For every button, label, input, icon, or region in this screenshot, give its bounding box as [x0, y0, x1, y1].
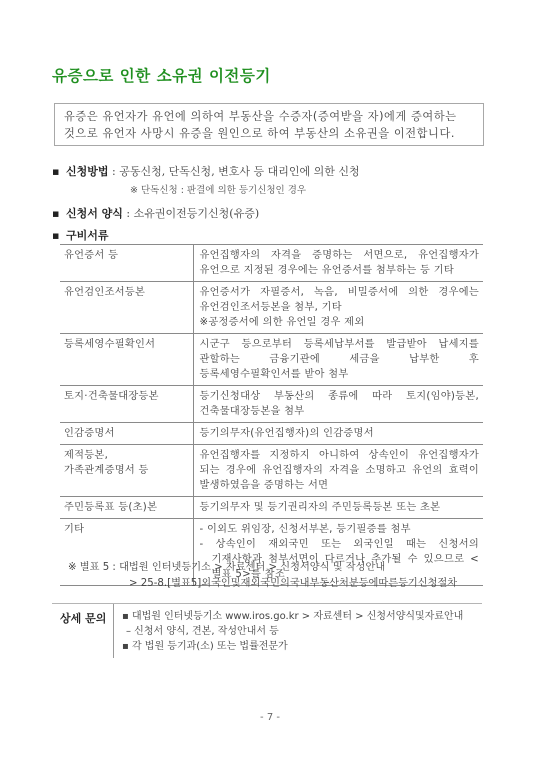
contact-section: 상세 문의 ▪ 대법원 인터넷등기소 www.iros.go.kr > 자료센터… [52, 603, 482, 658]
description-line: 등기의무자(유언집행자)의 인감증명서 [200, 426, 480, 441]
bullet-icon: ▪ [52, 207, 59, 220]
document-name-line: 등록세영수필확인서 [64, 337, 189, 352]
document-name: 등록세영수필확인서 [60, 334, 193, 386]
document-name-line: 주민등록표 등(초)본 [64, 500, 189, 515]
contact-line: – 신청서 양식, 견본, 작성안내서 등 [122, 624, 463, 639]
document-name-line: 제적등본, [64, 448, 189, 463]
document-description: 유언집행자를 지정하지 아니하여 상속인이 유언집행자가 되는 경우에 유언집행… [193, 445, 483, 497]
document-name: 제적등본,가족관계증명서 등 [60, 445, 193, 497]
description-line: 유언집행자의 자격을 증명하는 서면으로, 유언집행자가 유언으로 지정된 경우… [200, 248, 480, 278]
document-name: 토지·건축물대장등본 [60, 386, 193, 423]
document-description: 시군구 등으로부터 등록세납부서를 발급받아 납세지를 관할하는 금융기관에 세… [193, 334, 483, 386]
document-name: 유언검인조서등본 [60, 282, 193, 334]
table-row: 유언증서 등유언집행자의 자격을 증명하는 서면으로, 유언집행자가 유언으로 … [60, 245, 483, 282]
required-documents-table: 유언증서 등유언집행자의 자격을 증명하는 서면으로, 유언집행자가 유언으로 … [60, 244, 483, 586]
method-note: ※ 단독신청 : 판결에 의한 등기신청인 경우 [130, 182, 306, 196]
documents-item: ▪ 구비서류 [52, 227, 108, 243]
method-value: 공동신청, 단독신청, 변호사 등 대리인에 의한 신청 [119, 165, 360, 178]
reference-note-line2: > 25-8.[별표5]외국인및재외국민의국내부동산처분등에따른등기신청절차 [129, 574, 457, 589]
document-description: 유언집행자의 자격을 증명하는 서면으로, 유언집행자가 유언으로 지정된 경우… [193, 245, 483, 282]
description-line: 등기의무자 및 등기권리자의 주민등록등본 또는 초본 [200, 500, 480, 515]
contact-details: ▪ 대법원 인터넷등기소 www.iros.go.kr > 자료센터 > 신청서… [114, 604, 463, 658]
document-name: 유언증서 등 [60, 245, 193, 282]
document-name-line: 유언증서 등 [64, 248, 189, 263]
document-name-line: 인감증명서 [64, 426, 189, 441]
bullet-icon: ▪ [52, 229, 59, 242]
intro-box: 유증은 유언자가 유언에 의하여 부동산을 수증자(증여받을 자)에게 증여하는… [54, 103, 484, 146]
form-item: ▪ 신청서 양식 : 소유권이전등기신청(유증) [52, 205, 259, 221]
description-line: ※공정증서에 의한 유언일 경우 제외 [200, 315, 480, 330]
document-description: 등기의무자(유언집행자)의 인감증명서 [193, 423, 483, 445]
document-name-line: 가족관계증명서 등 [64, 463, 189, 478]
method-separator: : [108, 165, 119, 178]
description-line: - 이외도 위임장, 신청서부본, 등기필증를 첨부 [200, 522, 480, 537]
documents-label: 구비서류 [66, 229, 109, 242]
description-line: 유언증서가 자필증서, 녹음, 비밀증서에 의한 경우에는 유언검인조서등본을 … [200, 285, 480, 315]
document-name-line: 유언검인조서등본 [64, 285, 189, 300]
document-name-line: 기타 [64, 522, 189, 537]
form-value: 소유권이전등기신청(유증) [134, 207, 259, 220]
description-line: 유언집행자를 지정하지 아니하여 상속인이 유언집행자가 되는 경우에 유언집행… [200, 448, 480, 493]
form-separator: : [123, 207, 134, 220]
bullet-icon: ▪ [52, 165, 59, 178]
document-description: 등기신청대상 부동산의 종류에 따라 토지(임야)등본, 건축물대장등본을 첨부 [193, 386, 483, 423]
page-title: 유증으로 인한 소유권 이전등기 [52, 64, 271, 86]
contact-line: ▪ 대법원 인터넷등기소 www.iros.go.kr > 자료센터 > 신청서… [122, 609, 463, 624]
table-row: 유언검인조서등본유언증서가 자필증서, 녹음, 비밀증서에 의한 경우에는 유언… [60, 282, 483, 334]
document-description: 등기의무자 및 등기권리자의 주민등록등본 또는 초본 [193, 497, 483, 519]
table-row: 인감증명서등기의무자(유언집행자)의 인감증명서 [60, 423, 483, 445]
description-line: 시군구 등으로부터 등록세납부서를 발급받아 납세지를 관할하는 금융기관에 세… [200, 337, 480, 382]
table-row: 제적등본,가족관계증명서 등유언집행자를 지정하지 아니하여 상속인이 유언집행… [60, 445, 483, 497]
table-row: 토지·건축물대장등본등기신청대상 부동산의 종류에 따라 토지(임야)등본, 건… [60, 386, 483, 423]
contact-label: 상세 문의 [52, 604, 114, 658]
document-name: 주민등록표 등(초)본 [60, 497, 193, 519]
document-name-line: 토지·건축물대장등본 [64, 389, 189, 404]
contact-line: ▪ 각 법원 등기과(소) 또는 법률전문가 [122, 639, 463, 654]
reference-note-line1: ※ 별표 5 : 대법원 인터넷등기소 > 자료센터 > 신청서양식 및 작성안… [68, 558, 385, 573]
table-row: 등록세영수필확인서시군구 등으로부터 등록세납부서를 발급받아 납세지를 관할하… [60, 334, 483, 386]
method-label: 신청방법 [66, 165, 109, 178]
document-name: 인감증명서 [60, 423, 193, 445]
page-number: - 7 - [0, 712, 540, 723]
description-line: 등기신청대상 부동산의 종류에 따라 토지(임야)등본, 건축물대장등본을 첨부 [200, 389, 480, 419]
document-description: 유언증서가 자필증서, 녹음, 비밀증서에 의한 경우에는 유언검인조서등본을 … [193, 282, 483, 334]
form-label: 신청서 양식 [66, 207, 123, 220]
table-row: 주민등록표 등(초)본등기의무자 및 등기권리자의 주민등록등본 또는 초본 [60, 497, 483, 519]
method-item: ▪ 신청방법 : 공동신청, 단독신청, 변호사 등 대리인에 의한 신청 [52, 163, 360, 179]
